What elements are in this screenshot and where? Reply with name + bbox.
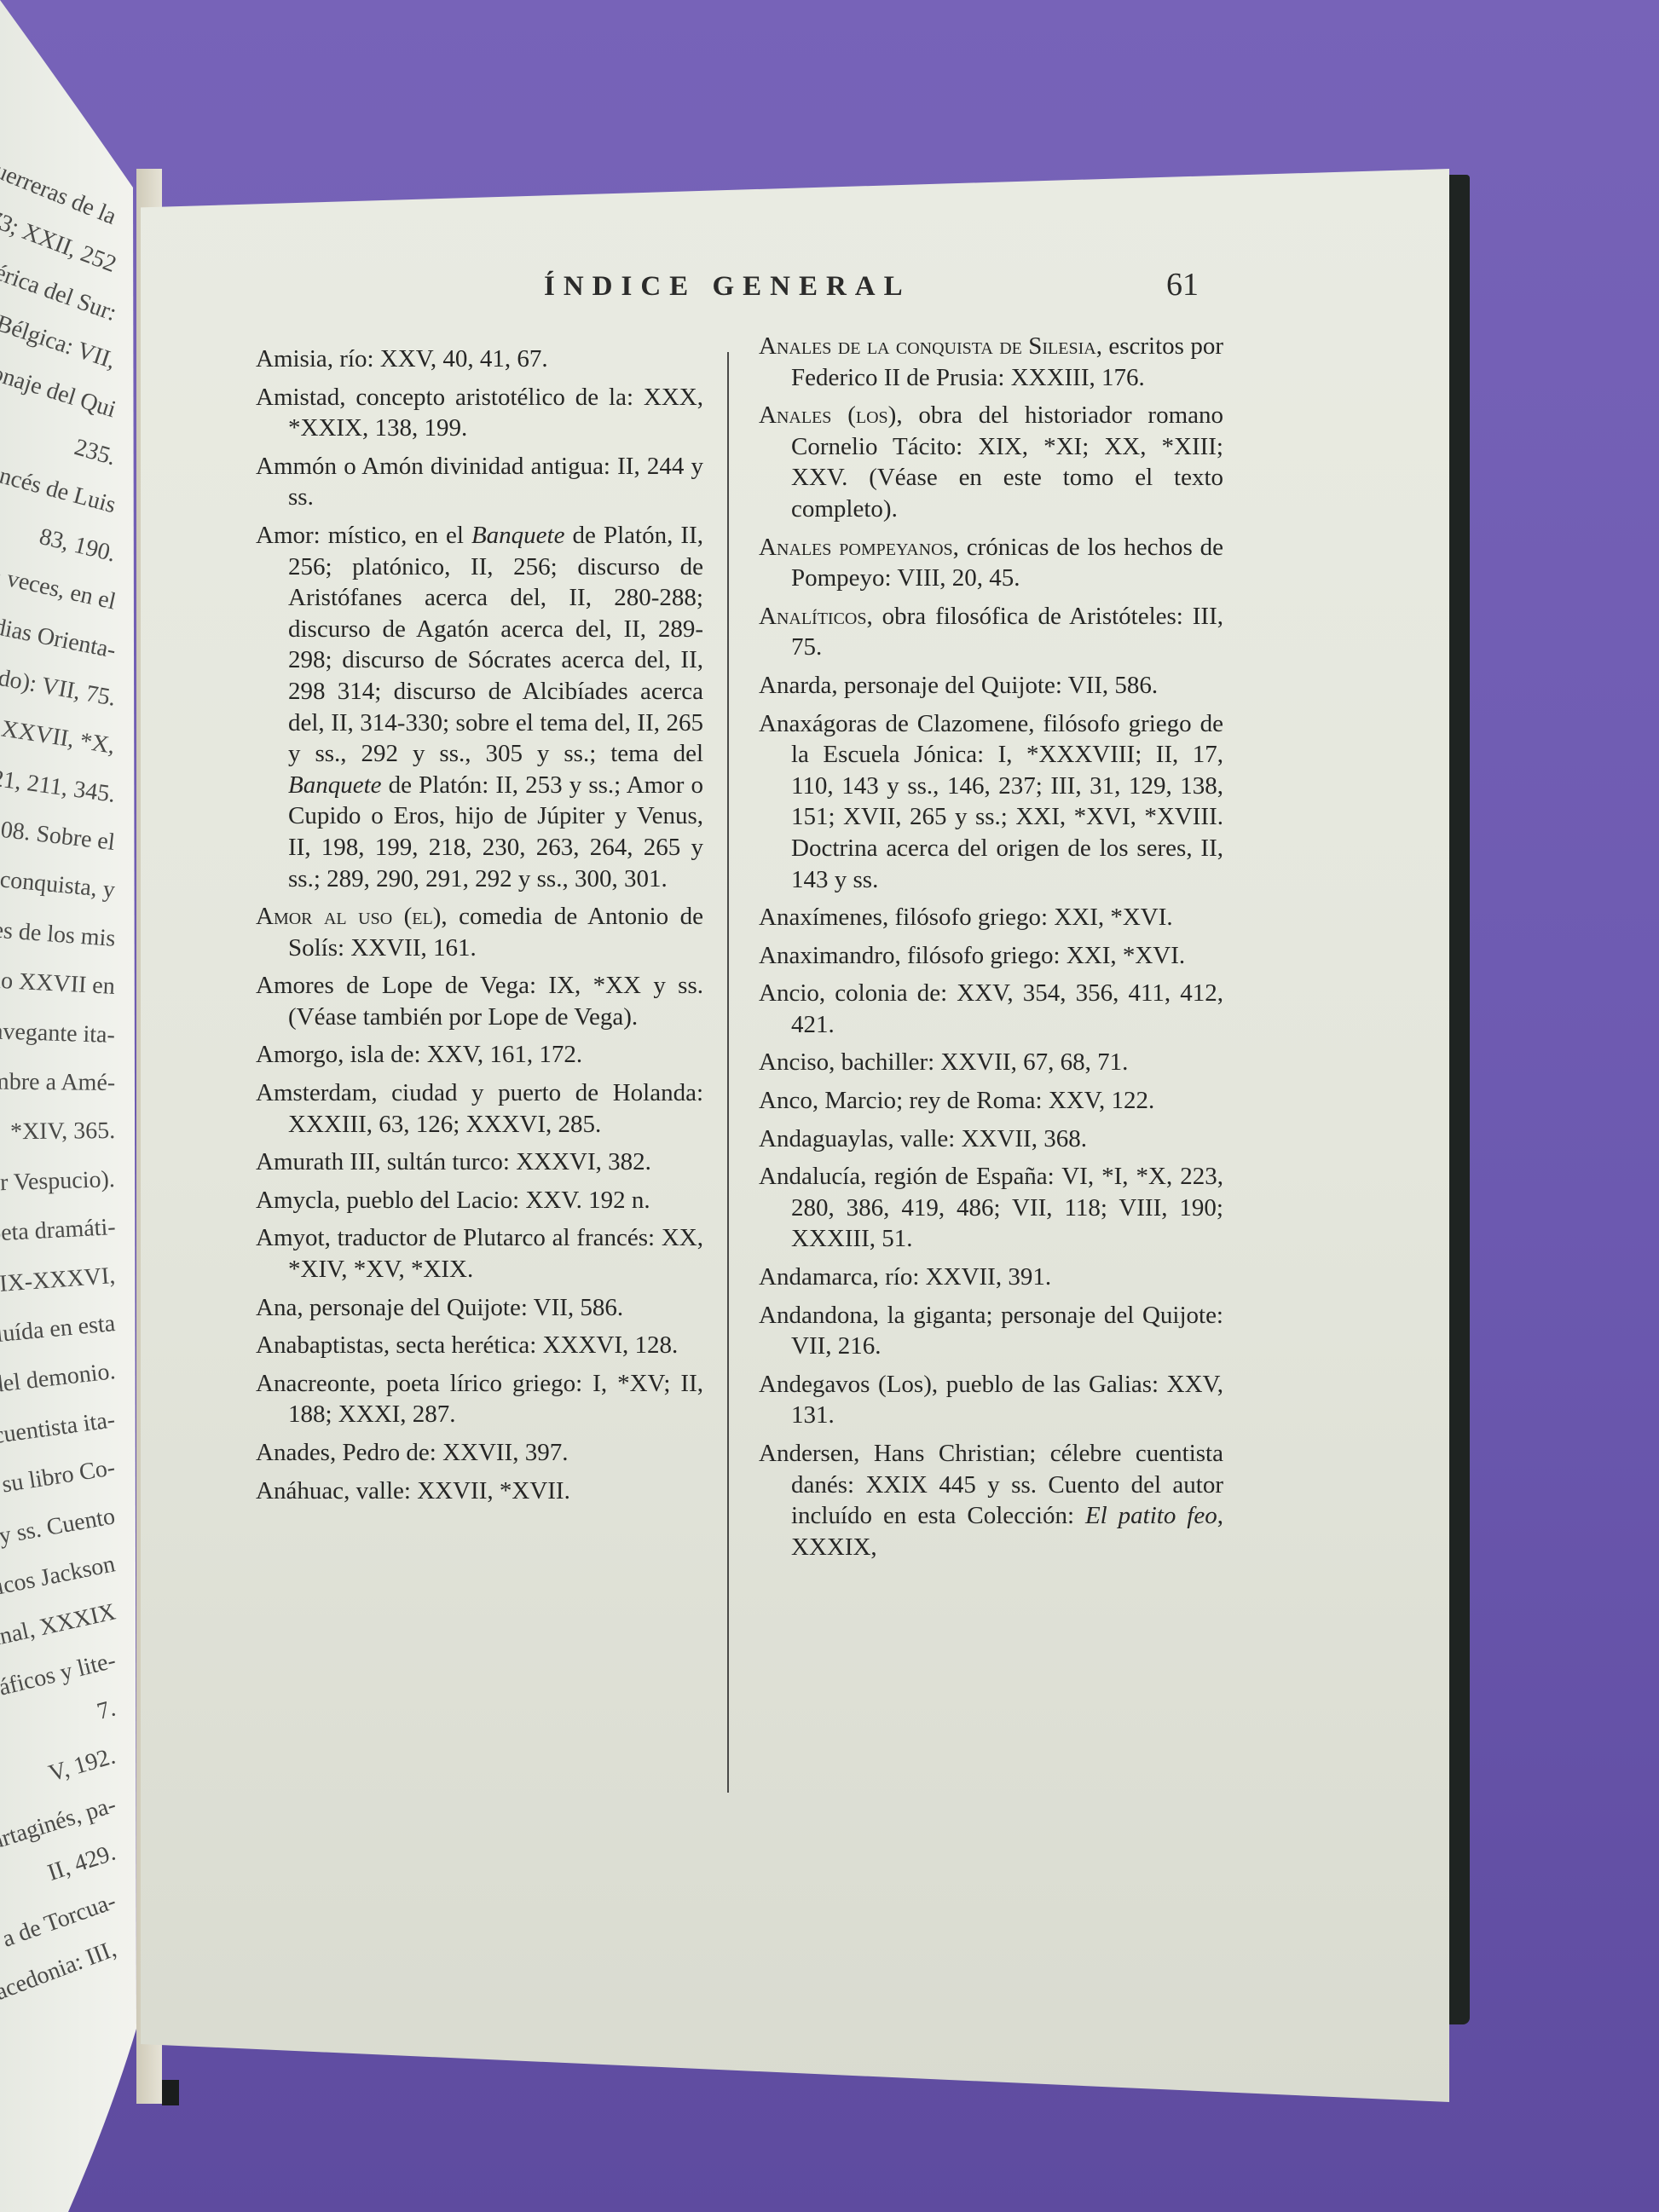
index-entry: Anaximandro, filósofo griego: XXI, *XVI. xyxy=(759,940,1223,972)
index-entry: Anciso, bachiller: XXVII, 67, 68, 71. xyxy=(759,1047,1223,1078)
entry-text: , isla de: XXV, 161, 172. xyxy=(338,1041,582,1068)
index-entry: Anaxímenes, filósofo griego: XXI, *XVI. xyxy=(759,902,1223,933)
entry-text: , concepto aristotélico de la: XXX, *XXI… xyxy=(288,384,703,442)
entry-text: , traductor de Plutarco al francés: XX, … xyxy=(288,1224,703,1283)
entry-heading: Anciso xyxy=(759,1048,829,1076)
index-entry: Amyot, traductor de Plutarco al francés:… xyxy=(256,1222,703,1285)
index-column-right: Anales de la conquista de Silesia, escri… xyxy=(759,331,1223,1569)
entry-heading: Amycla xyxy=(256,1187,334,1214)
entry-heading: Amores de Lope de Vega xyxy=(256,972,529,999)
entry-heading: Ancio xyxy=(759,979,819,1007)
entry-title-italic: Banquete xyxy=(471,522,565,549)
index-entry: Analíticos, obra filosófica de Aristótel… xyxy=(759,601,1223,663)
entry-text: : XXVII, 397. xyxy=(430,1439,569,1466)
index-entry: Anarda, personaje del Quijote: VII, 586. xyxy=(759,670,1223,702)
entry-heading: Amor al uso (el) xyxy=(256,903,441,930)
entry-heading: Amor xyxy=(256,522,314,549)
entry-heading: Anades, Pedro de xyxy=(256,1439,430,1466)
index-column-left: Amisia, río: XXV, 40, 41, 67.Amistad, co… xyxy=(256,344,703,1513)
entry-heading: Amistad xyxy=(256,384,339,411)
index-entry: Amsterdam, ciudad y puerto de Holanda: X… xyxy=(256,1077,703,1140)
entry-heading: Anales (los) xyxy=(759,401,896,429)
entry-text: , filósofo griego: XXI, *XVI. xyxy=(882,904,1173,931)
index-entry: Amores de Lope de Vega: IX, *XX y ss. (V… xyxy=(256,970,703,1032)
index-entry: Amisia, río: XXV, 40, 41, 67. xyxy=(256,344,703,375)
index-entry: Anades, Pedro de: XXVII, 397. xyxy=(256,1437,703,1469)
entry-heading: Andandona xyxy=(759,1302,873,1329)
entry-heading: Anarda xyxy=(759,672,831,699)
entry-text: , filósofo griego: XXI, *XVI. xyxy=(894,942,1185,969)
index-entry: Andamarca, río: XXVII, 391. xyxy=(759,1262,1223,1293)
column-divider xyxy=(727,352,729,1793)
entry-heading: Analíticos xyxy=(759,603,867,630)
entry-heading: Anales de la conquista de Silesia xyxy=(759,332,1096,360)
entry-heading: Amsterdam xyxy=(256,1079,371,1106)
entry-heading: Andegavos (Los) xyxy=(759,1371,932,1398)
entry-heading: Andersen, Hans Christian xyxy=(759,1440,1029,1467)
index-entry: Andegavos (Los), pueblo de las Galias: X… xyxy=(759,1369,1223,1431)
entry-text: , personaje del Quijote: VII, 586. xyxy=(297,1294,623,1321)
entry-title-italic: El patito feo xyxy=(1085,1502,1217,1529)
index-entry: Amistad, concepto aristotélico de la: XX… xyxy=(256,382,703,444)
entry-heading: Anales pompeyanos xyxy=(759,534,953,561)
entry-text: de Platón, II, 256; platónico, II, 256; … xyxy=(288,522,703,767)
entry-text: , colonia de: XXV, 354, 356, 411, 412, 4… xyxy=(791,979,1223,1038)
index-entry: Amor al uso (el), comedia de Antonio de … xyxy=(256,901,703,963)
entry-heading: Anaxágoras de Clazomene xyxy=(759,710,1028,737)
entry-heading: Amurath III xyxy=(256,1148,374,1175)
index-entry: Anales (los), obra del historiador roman… xyxy=(759,400,1223,524)
entry-heading: Anáhuac xyxy=(256,1477,344,1505)
entry-heading: Andamarca xyxy=(759,1263,873,1291)
entry-heading: Amyot xyxy=(256,1224,325,1251)
entry-text: : místico, en el xyxy=(314,522,471,549)
entry-text: , sultán turco: XXXVI, 382. xyxy=(374,1148,651,1175)
entry-text: , secta herética: XXXVI, 128. xyxy=(384,1331,678,1359)
index-entry: Ana, personaje del Quijote: VII, 586. xyxy=(256,1292,703,1324)
entry-heading: Andalucía xyxy=(759,1163,860,1190)
entry-heading: Anco, Marcio xyxy=(759,1087,896,1114)
entry-text: , personaje del Quijote: VII, 586. xyxy=(831,672,1158,699)
entry-text: ; rey de Roma: XXV, 122. xyxy=(896,1087,1154,1114)
book-cover-edge xyxy=(1449,175,1470,2024)
index-entry: Amycla, pueblo del Lacio: XXV. 192 n. xyxy=(256,1185,703,1216)
index-entry: Anabaptistas, secta herética: XXXVI, 128… xyxy=(256,1330,703,1361)
entry-text: , valle: XXVII, 368. xyxy=(887,1125,1087,1152)
entry-text: , río: XXVII, 391. xyxy=(873,1263,1051,1291)
index-entry: Anáhuac, valle: XXVII, *XVII. xyxy=(256,1476,703,1507)
facing-left-page xyxy=(0,0,136,2212)
running-head: ÍNDICE GENERAL xyxy=(544,271,911,303)
index-entry: Andalucía, región de España: VI, *I, *X,… xyxy=(759,1161,1223,1255)
entry-heading: Amisia xyxy=(256,345,327,373)
entry-heading: Ana xyxy=(256,1294,297,1321)
entry-heading: Ammón o Amón xyxy=(256,453,424,480)
index-entry: Anales de la conquista de Silesia, escri… xyxy=(759,331,1223,393)
page-number: 61 xyxy=(1166,266,1199,303)
index-entry: Andaguaylas, valle: XXVII, 368. xyxy=(759,1123,1223,1155)
entry-title-italic: Banquete xyxy=(288,771,382,799)
index-entry: Amor: místico, en el Banquete de Platón,… xyxy=(256,520,703,894)
entry-heading: Anaxímenes xyxy=(759,904,882,931)
entry-text: , río: XXV, 40, 41, 67. xyxy=(327,345,548,373)
index-entry: Anco, Marcio; rey de Roma: XXV, 122. xyxy=(759,1085,1223,1117)
entry-heading: Anacreonte xyxy=(256,1370,370,1397)
index-entry: Anaxágoras de Clazomene, filósofo griego… xyxy=(759,708,1223,896)
entry-text: , bachiller: XXVII, 67, 68, 71. xyxy=(829,1048,1128,1076)
index-entry: Anacreonte, poeta lírico griego: I, *XV;… xyxy=(256,1368,703,1430)
entry-text: , valle: XXVII, *XVII. xyxy=(344,1477,570,1505)
index-entry: Amorgo, isla de: XXV, 161, 172. xyxy=(256,1039,703,1071)
index-entry: Andandona, la giganta; personaje del Qui… xyxy=(759,1300,1223,1362)
entry-heading: Anaximandro xyxy=(759,942,894,969)
index-entry: Andersen, Hans Christian; célebre cuenti… xyxy=(759,1438,1223,1562)
index-entry: Ancio, colonia de: XXV, 354, 356, 411, 4… xyxy=(759,978,1223,1040)
index-entry: Ammón o Amón divinidad antigua: II, 244 … xyxy=(256,451,703,513)
index-entry: Anales pompeyanos, crónicas de los hecho… xyxy=(759,532,1223,594)
entry-text: , pueblo del Lacio: XXV. 192 n. xyxy=(334,1187,650,1214)
entry-heading: Andaguaylas xyxy=(759,1125,887,1152)
index-entry: Amurath III, sultán turco: XXXVI, 382. xyxy=(256,1146,703,1178)
book-cover-corner xyxy=(162,2080,179,2105)
entry-heading: Anabaptistas xyxy=(256,1331,384,1359)
entry-heading: Amorgo xyxy=(256,1041,338,1068)
